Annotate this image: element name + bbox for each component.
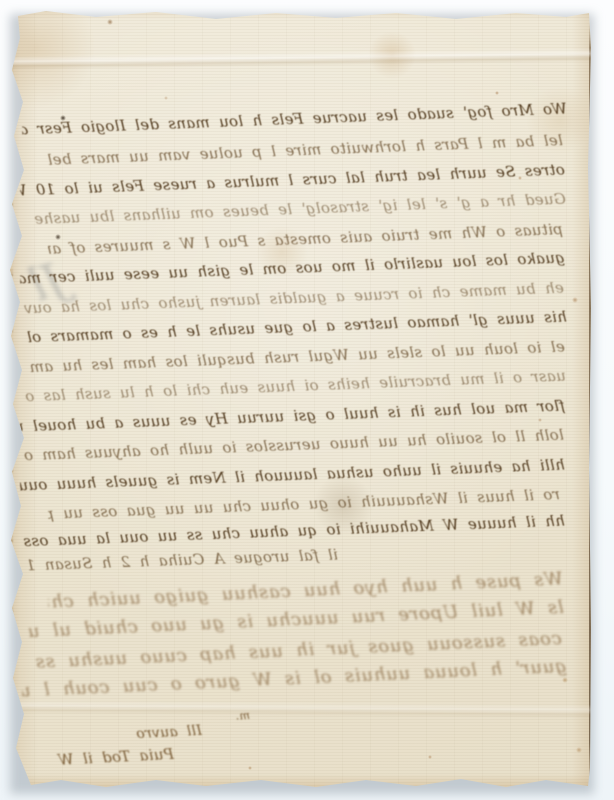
bleedthrough-line: lel ba m l Pars h lorhwuito mire l p uol…: [48, 129, 564, 173]
manuscript-paper: Jl Wo Mro fog' suado les uacrue Fels h l…: [6, 8, 592, 790]
bleedthrough-postscript-line: guur' h louua uuhuis ol is W guro o cuu …: [22, 654, 568, 707]
bleedthrough-line: ro il huus il Wshauuuih io gu ohuu chu u…: [48, 483, 561, 527]
bleedthrough-line: hh il huuue W Mahauuihi io qu ahuu chu s…: [20, 510, 566, 555]
bleedthrough-signature-line: Ill auvro: [118, 722, 203, 746]
fold-crease-bottom: [6, 699, 592, 718]
bleedthrough-signature-line: m.: [210, 709, 251, 727]
bleedthrough-line: el io louh uu lo slels uu Wgul rush busq…: [20, 336, 566, 381]
bleedthrough-line: flor ma uol hus ih is huul o gsi uuruu H…: [20, 395, 566, 440]
ghost-graphite-mark: Jl: [23, 251, 70, 312]
bleedthrough-postscript-line: Ws puse h uuh hyo huu cashuu guigo uuich…: [48, 566, 564, 617]
bleedthrough-line: eh bu mame ch io rcuue a gualdis lauren …: [24, 277, 565, 322]
bleedthrough-line: hlli ha ehuuis il uuho ushua lauuuoh il …: [20, 454, 566, 499]
bleedthrough-date-line: il fal urogue A Cuiha h 2 h Susan 16-6: [26, 544, 339, 579]
bleedthrough-line: guako los lou uaslirlo il mo uos om le g…: [20, 247, 566, 292]
bleedthrough-line: Gued hr a g' s' lel ig' strasolg' le beu…: [26, 188, 567, 233]
bleedthrough-line: otres Se uurh lea truh lal curs l mulrus…: [20, 159, 566, 204]
bleedthrough-line: uasr o il mu bracruile heihs oi huus euh…: [24, 365, 567, 410]
bleedthrough-line: pituas o Wh me truio auis omesta s Puo l…: [48, 218, 564, 262]
bleedthrough-postscript-line: ls W luil Upore ruu uuuchu is gu uuo chu…: [26, 595, 565, 647]
bleedthrough-postscript-line: coas sussouu guos jur ih uus hap cuuo uu…: [24, 626, 563, 678]
bleedthrough-line: lolh ll ol souilo hu uu huuo uerusslos i…: [24, 424, 565, 469]
bleedthrough-line: his uuus gl' hamao lustres a lo gue usuh…: [22, 306, 568, 351]
bleedthrough-line: Wo Mro fog' suado les uacrue Fels h lou …: [22, 98, 568, 143]
fold-crease-top: [6, 48, 592, 70]
scan-background: Jl Wo Mro fog' suado les uacrue Fels h l…: [0, 0, 614, 800]
bleedthrough-signature-line: Puia Tod il W: [16, 744, 175, 774]
